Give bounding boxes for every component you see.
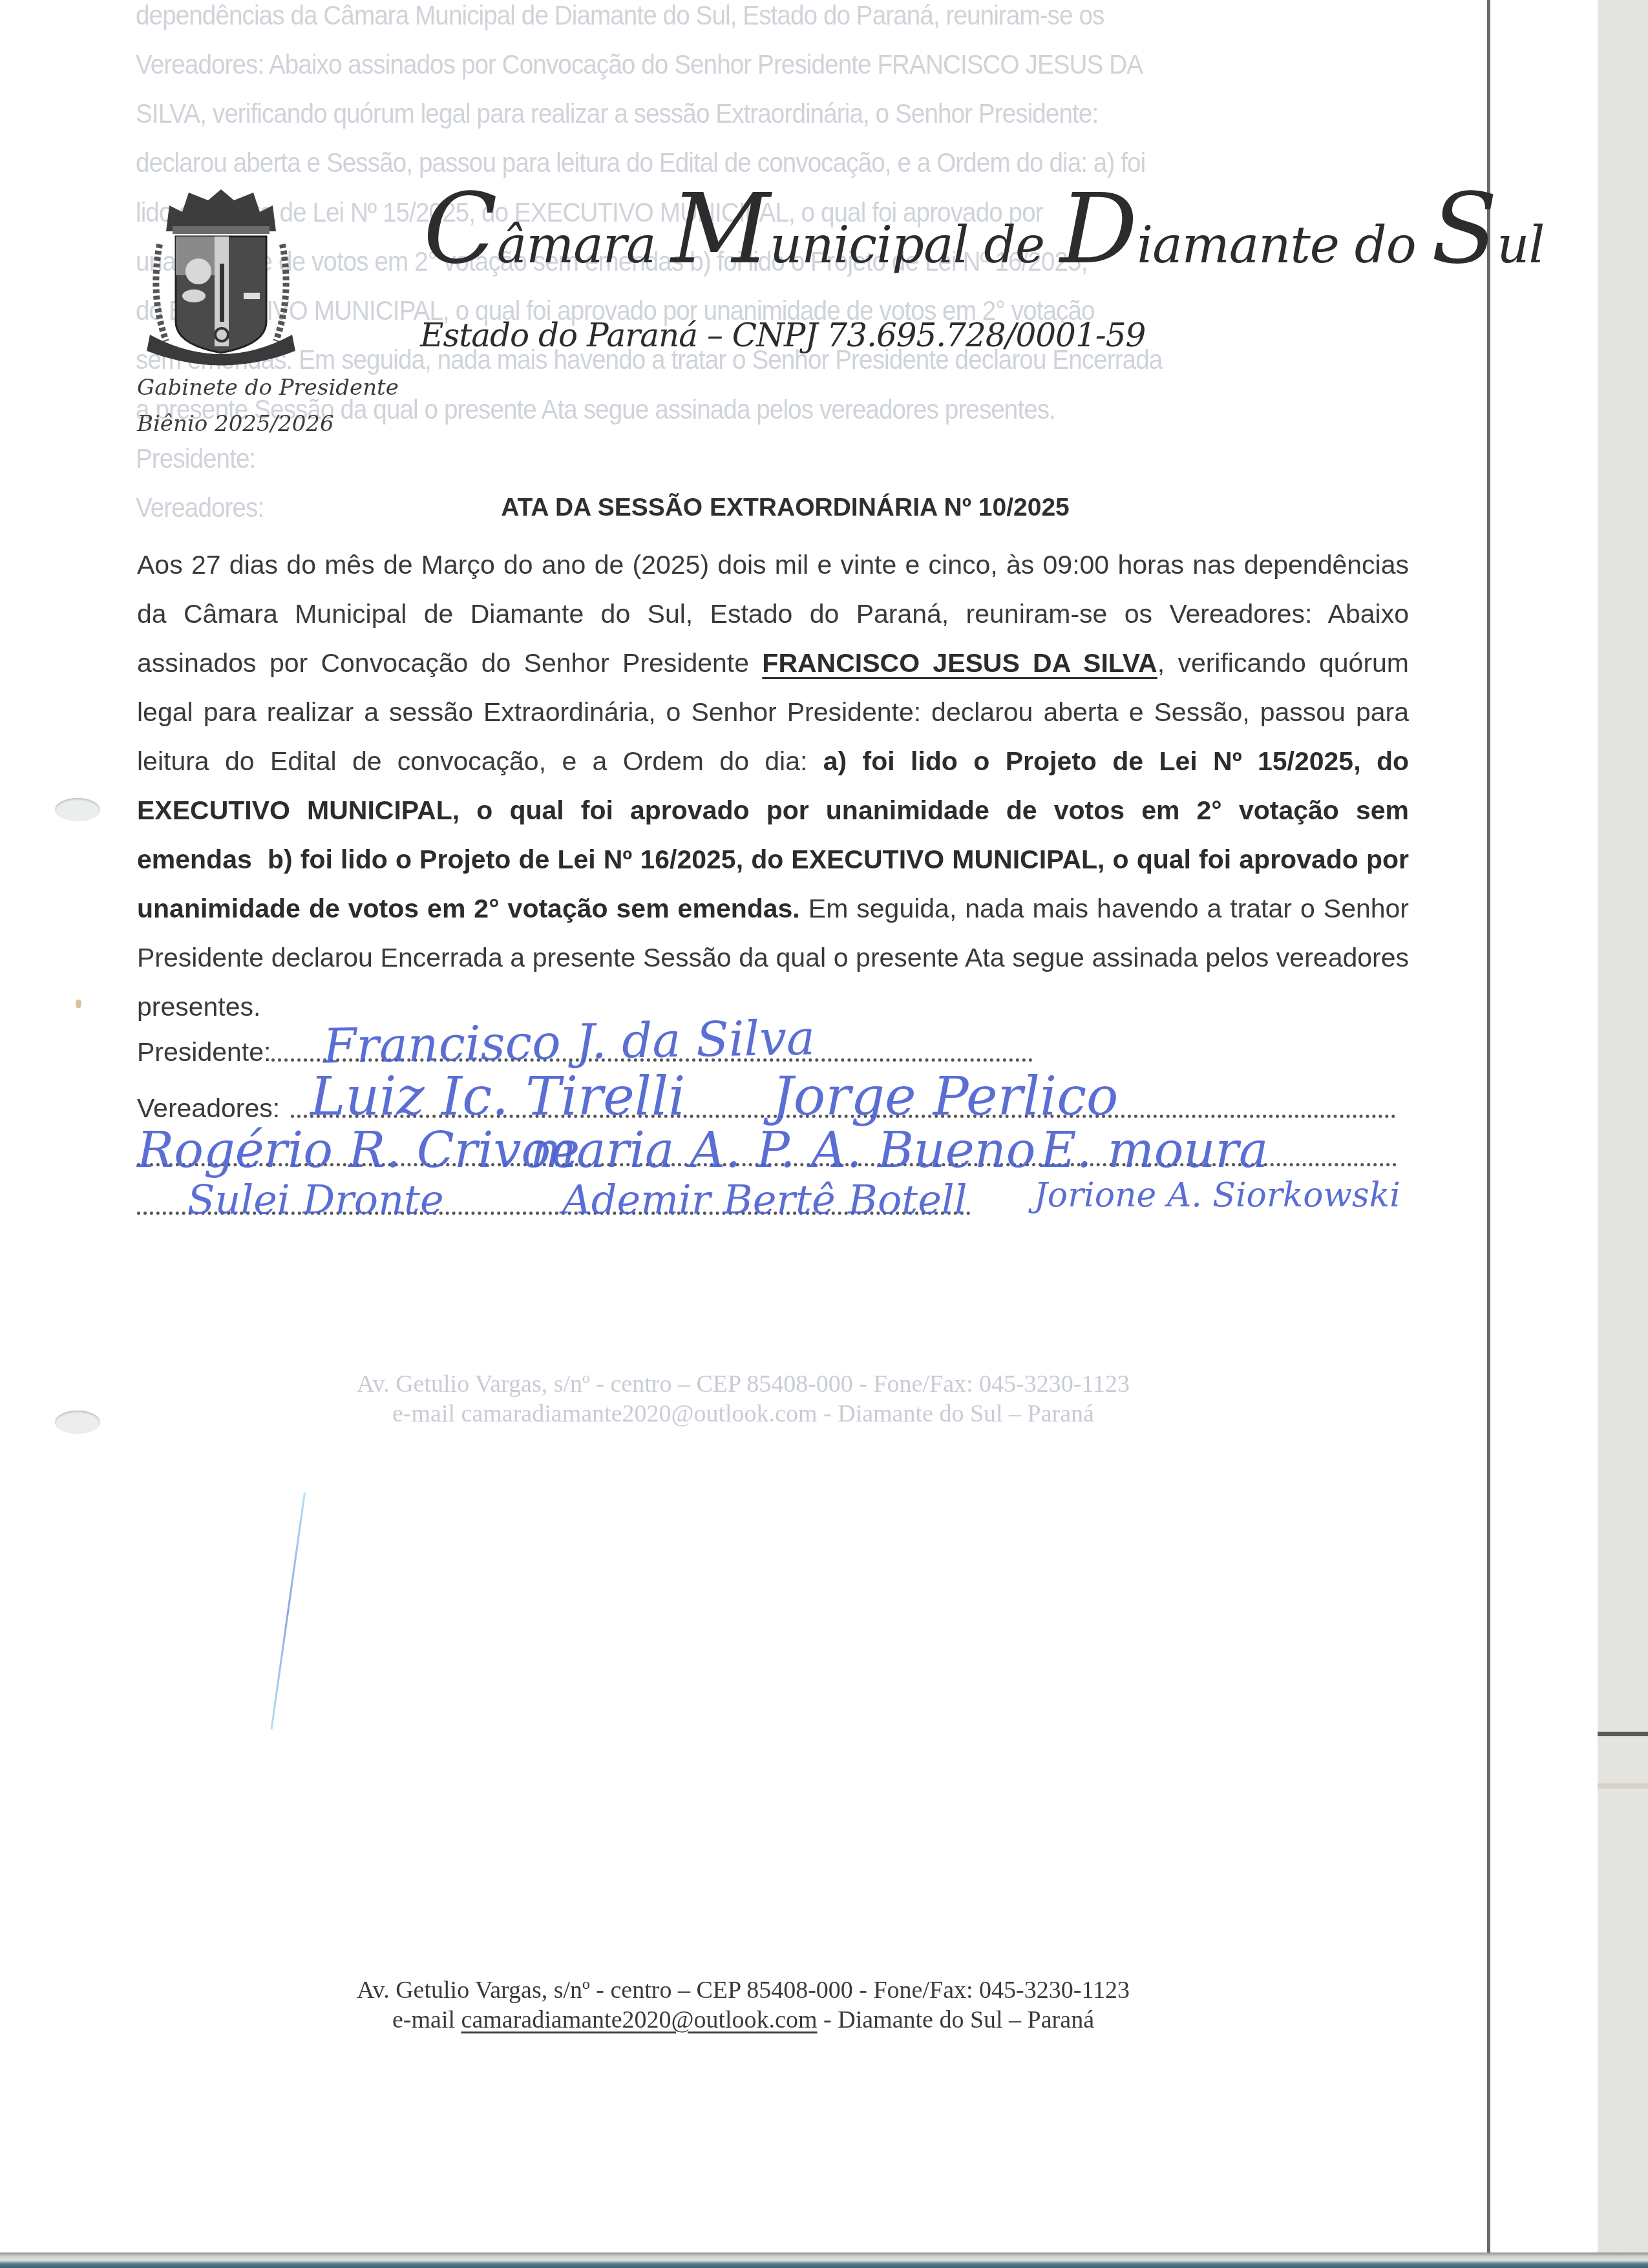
councilor-signature: Luiz Ic. Tirelli <box>310 1066 686 1128</box>
title-initial: D <box>1060 173 1137 286</box>
councilor-signature: maria A. P. A. Bueno <box>530 1121 1035 1179</box>
bleed-through-line: Presidente: <box>136 443 255 474</box>
president-name: FRANCISCO JESUS DA SILVA <box>762 648 1157 678</box>
document-heading: ATA DA SESSÃO EXTRAORDINÁRIA Nº 10/2025 <box>0 494 1570 522</box>
councilor-signature: Jorione A. Siorkowski <box>1034 1176 1400 1215</box>
title-word: ul <box>1497 216 1544 275</box>
title-word: âmara <box>497 216 671 275</box>
bleed-through-line: dependências da Câmara Municipal de Diam… <box>136 0 1104 31</box>
president-signature-label: Presidente: <box>137 1037 271 1067</box>
councilor-signature: Ademir Bertê Botell <box>562 1176 967 1223</box>
president-signature: Francisco J. da Silva <box>322 1010 815 1074</box>
title-initial: M <box>671 173 770 286</box>
coat-of-arms-icon <box>137 186 305 370</box>
councilors-signature-label: Vereadores: <box>137 1093 280 1124</box>
page-vertical-rule <box>1487 0 1490 2254</box>
councilor-signature: Jorge Perlico <box>772 1066 1118 1128</box>
institution-subtitle: Estado do Paraná – CNPJ 73.695.728/0001-… <box>420 317 1145 354</box>
title-word: iamante do <box>1137 216 1431 275</box>
paper-speck <box>76 1000 81 1008</box>
councilor-signature: Sulei Dronte <box>187 1176 444 1223</box>
councilor-signature: Rogério R. Crivoe <box>137 1121 580 1179</box>
councilor-signature: E. moura <box>1041 1121 1268 1179</box>
institution-title: Câmara Municipal de Diamante do Sul <box>423 181 1544 278</box>
title-word: unicipal de <box>770 216 1060 275</box>
footer-location: - Diamante do Sul – Paraná <box>818 2006 1094 2033</box>
pen-mark <box>271 1493 306 1730</box>
title-initial: C <box>423 173 497 286</box>
term-label: Biênio 2025/2026 <box>137 411 334 437</box>
scanner-margin-line <box>1598 1732 1648 1736</box>
bleed-through-line: declarou aberta e Sessão, passou para le… <box>136 147 1145 178</box>
scanner-margin <box>1598 0 1648 2254</box>
title-initial: S <box>1431 173 1497 286</box>
bleed-through-footer: e-mail camaradiamante2020@outlook.com - … <box>194 1400 1293 1428</box>
punch-hole-icon <box>55 1411 100 1434</box>
footer-email-link[interactable]: camaradiamante2020@outlook.com <box>461 2006 818 2033</box>
minutes-paragraph: Aos 27 dias do mês de Março do ano de (2… <box>137 540 1409 1031</box>
page-bottom-edge <box>0 2252 1648 2268</box>
bleed-through-footer: Av. Getulio Vargas, s/nº - centro – CEP … <box>194 1370 1293 1398</box>
office-label: Gabinete do Presidente <box>137 375 399 401</box>
punch-hole-icon <box>55 798 100 821</box>
footer-contact: e-mail camaradiamante2020@outlook.com - … <box>194 2006 1293 2034</box>
footer-email-prefix: e-mail <box>392 2006 461 2033</box>
bleed-through-line: Vereadores: Abaixo assinados por Convoca… <box>136 49 1143 80</box>
scanner-margin-mark <box>1598 1783 1648 1789</box>
footer-address: Av. Getulio Vargas, s/nº - centro – CEP … <box>194 1976 1293 2004</box>
bleed-through-line: SILVA, verificando quórum legal para rea… <box>136 98 1098 129</box>
